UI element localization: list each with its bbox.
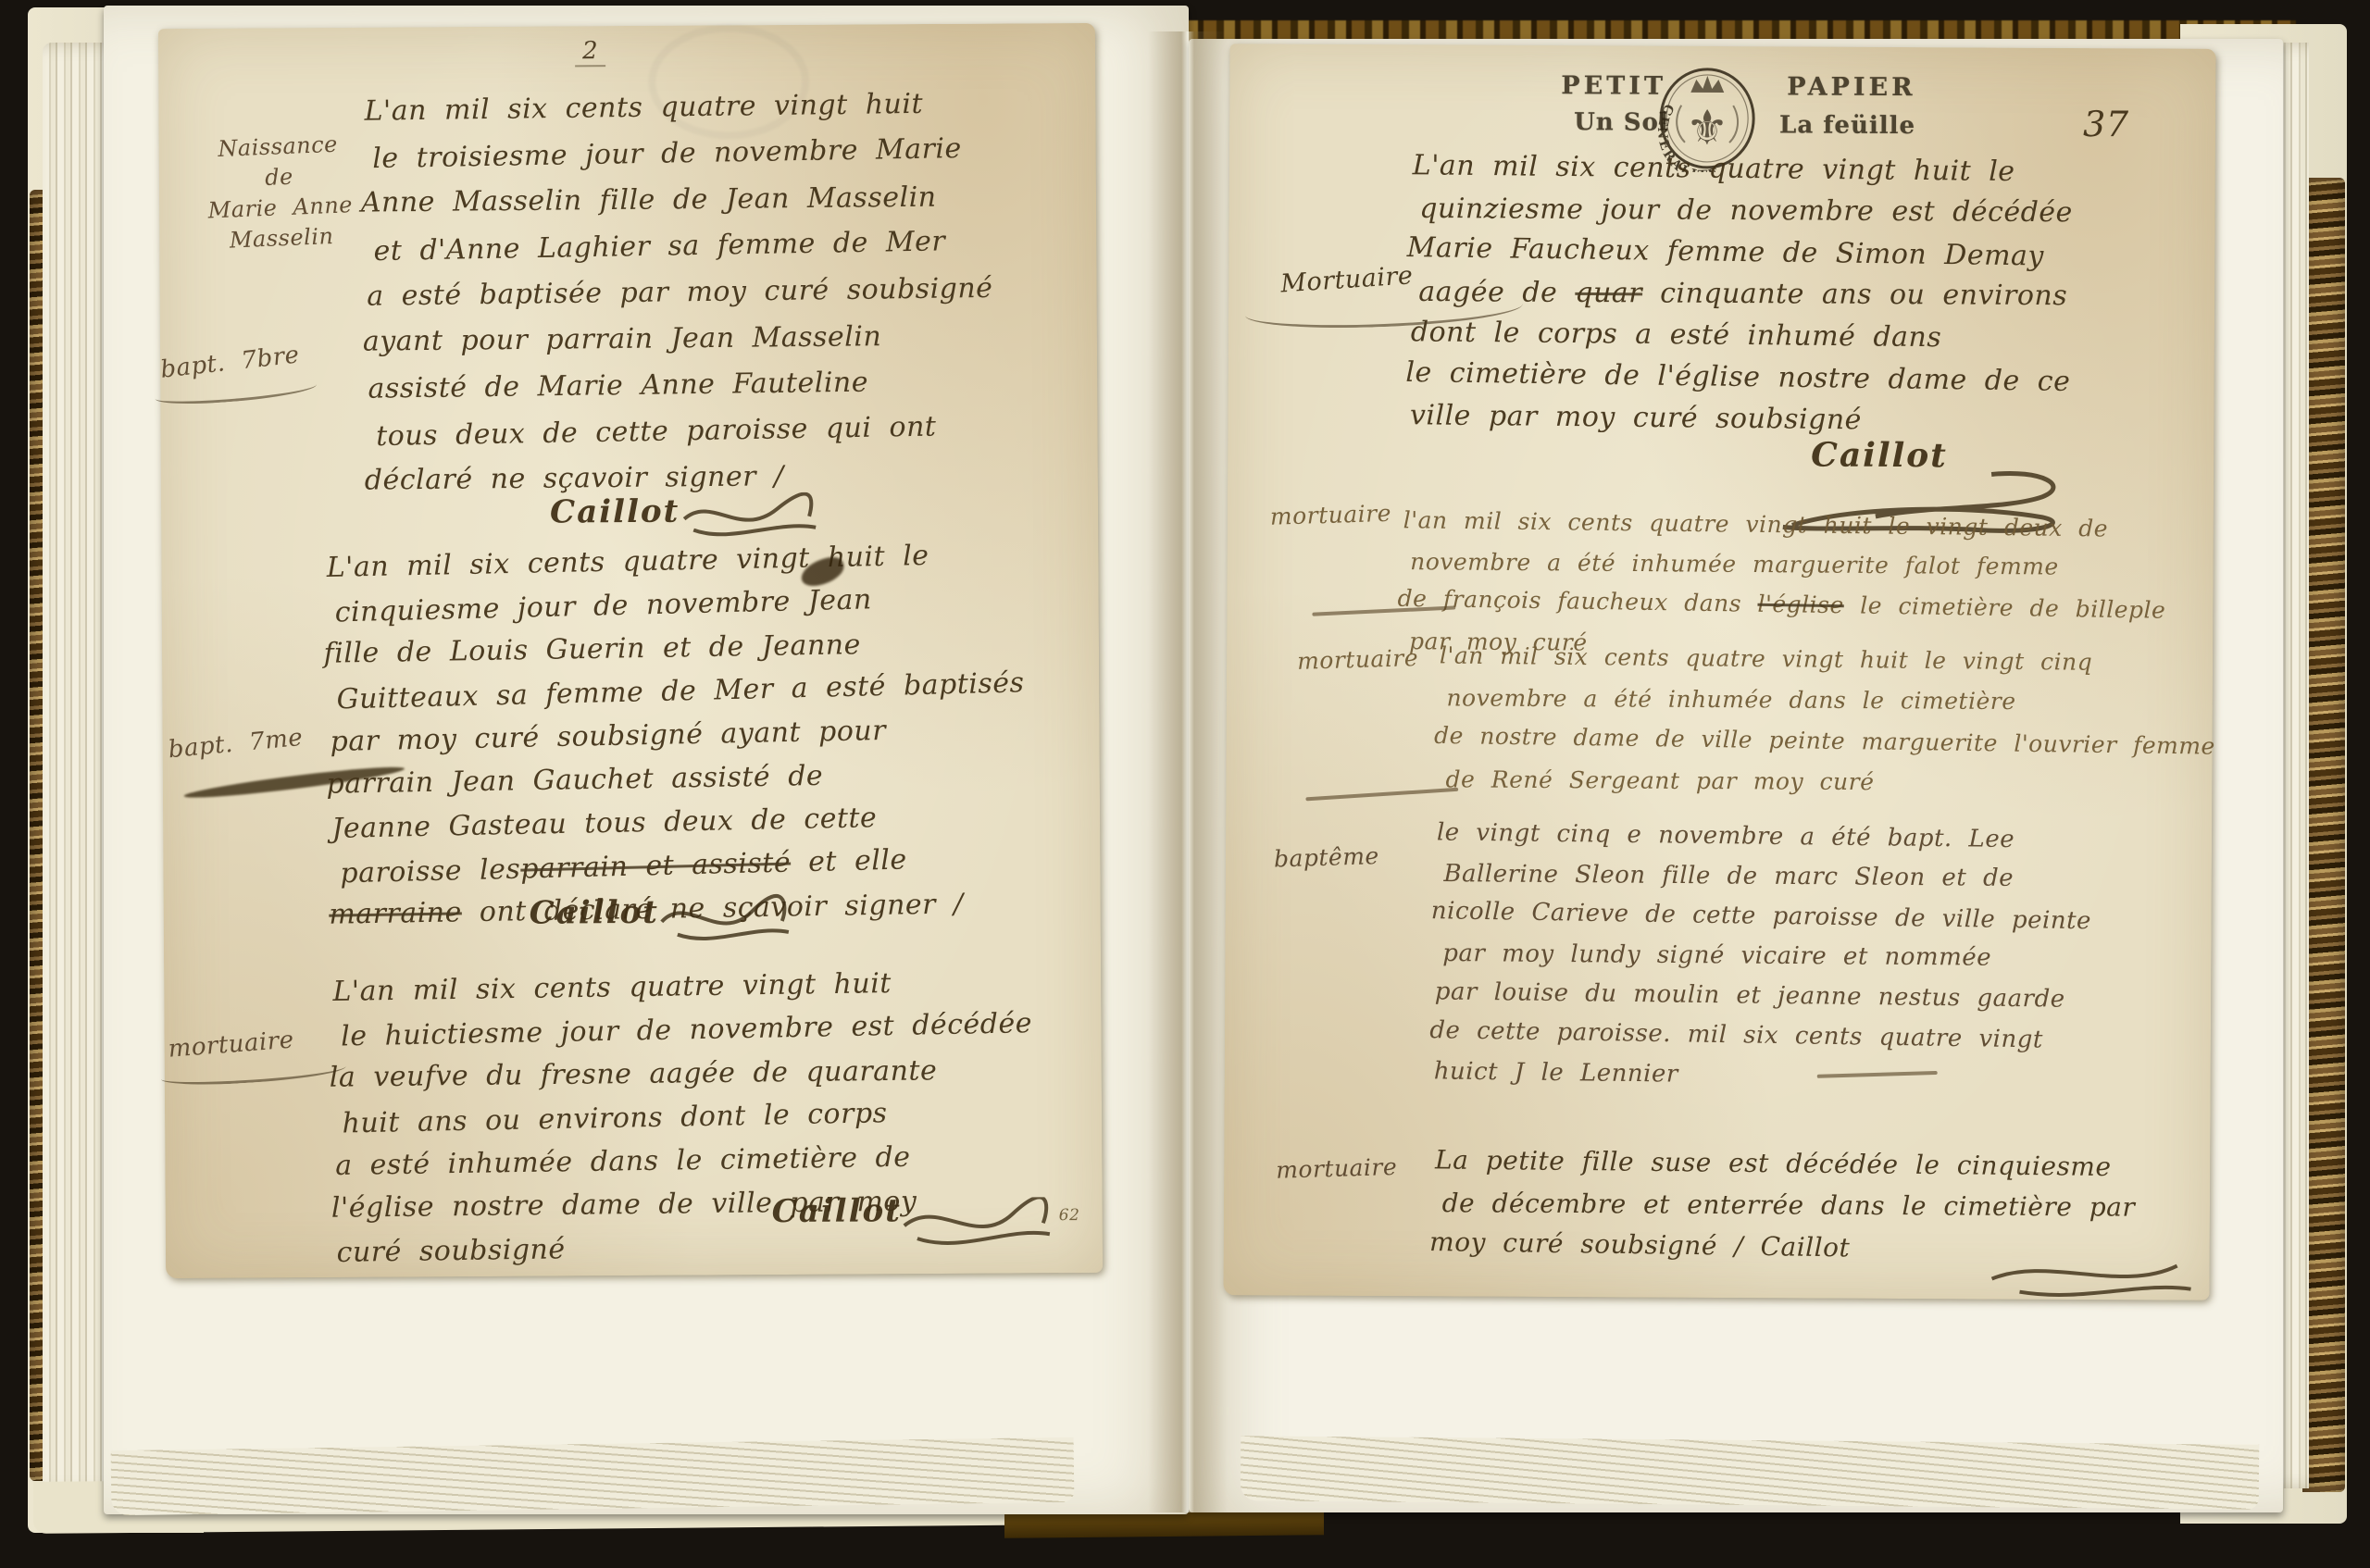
manuscript-line: l'an mil six cents quatre vingt huit le … — [1440, 635, 2221, 684]
text-segment: fille de Louis Guerin et de Jeanne — [323, 628, 861, 670]
text-segment: huit ans ou environs dont le corps — [342, 1097, 888, 1139]
text-segment: de — [265, 164, 294, 191]
margin-dash — [1305, 788, 1458, 802]
text-segment: de décembre et enterrée dans le cimetièr… — [1442, 1188, 2136, 1223]
page-number: 37 — [2083, 104, 2129, 144]
text-segment: tous deux de cette paroisse qui ont — [376, 411, 937, 454]
baptism-record-guerin: L'an mil six cents quatre vingt huit lec… — [326, 532, 1021, 938]
text-segment: le huictiesme jour de novembre est décéd… — [341, 1007, 1032, 1052]
manuscript-line: huict J le Lennier — [1434, 1052, 2095, 1100]
text-segment: novembre a été inhumée dans le cimetière — [1446, 684, 2015, 715]
margin-note-mortuary: mortuaire — [168, 1026, 295, 1065]
text-segment: Masselin — [229, 223, 334, 254]
baptism-record-sleon: le vingt cinq e novembre a été bapt. Lee… — [1434, 813, 2098, 1100]
manuscript-line: ville par moy curé soubsigné — [1410, 394, 2075, 443]
text-segment: cinquiesme jour de novembre Jean — [334, 583, 872, 628]
text-segment: assisté de Marie Anne Fauteline — [368, 367, 868, 405]
manuscript-line: le vingt cinq e novembre a été bapt. Lee — [1437, 813, 2098, 861]
folio-number: 62 — [1059, 1206, 1080, 1225]
manuscript-line: de décembre et enterrée dans le cimetièr… — [1441, 1182, 2135, 1228]
burial-record-louvrier: l'an mil six cents quatre vingt huit le … — [1438, 635, 2221, 806]
priest-signature: Caillot — [550, 493, 680, 531]
text-segment: de cette paroisse. mil six cents quatre … — [1429, 1016, 2043, 1053]
text-segment: huict J le Lennier — [1434, 1057, 1678, 1088]
text-segment: novembre a été inhumée marguerite falot … — [1410, 548, 2059, 580]
right-manuscript-page: PETIT Un Sol PAPIER La feüille ⚜ GENERAL… — [1223, 44, 2215, 1300]
text-segment: le cimetière de billeple — [1844, 591, 2166, 623]
baptism-record-masselin: L'an mil six cents quatre vingt huitle t… — [364, 81, 995, 505]
text-segment: le troisiesme jour de novembre Marie — [372, 132, 962, 175]
text-segment: parrain Jean Gauchet assisté de — [326, 760, 823, 801]
text-segment: L'an mil six cents quatre vingt huit le — [1413, 149, 2015, 188]
margin-note-baptism-2: bapt. 7me — [167, 723, 304, 765]
manuscript-line: La petite fille suse est décédée le cinq… — [1435, 1139, 2128, 1188]
stamp-word-lafeuille: La feüille — [1779, 111, 1915, 140]
book-scan-photo: { "stamp_header": { "word_left_top": "PE… — [0, 0, 2370, 1568]
stamp-word-petit: PETIT — [1561, 71, 1666, 101]
text-segment: L'an mil six cents quatre vingt huit — [364, 88, 923, 128]
text-segment: paroisse les — [340, 853, 521, 890]
text-segment: moy curé soubsigné / Caillot — [1429, 1226, 1850, 1263]
text-segment: Anne Masselin fille de Jean Masselin — [361, 181, 937, 219]
manuscript-line: quinziesme jour de novembre est décédée — [1419, 188, 2084, 233]
text-segment: a esté baptisée par moy curé soubsigné — [367, 272, 993, 313]
margin-note-baptism: baptême — [1273, 840, 1379, 874]
manuscript-line: ayant pour parrain Jean Masselin — [363, 313, 990, 365]
text-segment: déclaré ne sçavoir signer / — [365, 460, 784, 496]
manuscript-line: Anne Masselin fille de Jean Masselin — [361, 174, 988, 226]
manuscript-line: tous deux de cette paroisse qui ont — [376, 403, 1003, 460]
manuscript-line: le troisiesme jour de novembre Marie — [372, 125, 999, 182]
margin-note-mortuary-2: mortuaire — [1269, 498, 1391, 532]
text-segment: par moy lundy signé vicaire et nommée — [1442, 940, 1991, 972]
right-bottom-sheet-edges — [1241, 1436, 2260, 1510]
struck-text: parrain et assisté — [520, 847, 792, 886]
text-segment: nicolle Carieve de cette paroisse de vil… — [1431, 897, 2091, 935]
margin-note-birth: NaissancedeMarie AnneMasselin — [205, 129, 355, 256]
manuscript-line: a esté baptisée par moy curé soubsigné — [367, 266, 993, 320]
signature-flourish — [1982, 1251, 2195, 1302]
priest-signature: Caillot — [530, 894, 659, 932]
text-segment: par moy curé soubsigné ayant pour — [330, 715, 886, 758]
manuscript-line: L'an mil six cents quatre vingt huit le — [1413, 144, 2077, 193]
text-segment: Marie Anne — [207, 192, 353, 223]
manuscript-line: par moy lundy signé vicaire et nommée — [1442, 934, 2102, 979]
text-segment: de nostre dame de ville peinte marguerit… — [1434, 722, 2215, 760]
struck-text: marraine — [329, 896, 462, 930]
manuscript-line: de René Sergeant par moy curé — [1445, 759, 2227, 804]
text-segment: La petite fille suse est décédée le cinq… — [1435, 1144, 2112, 1182]
text-segment: l'an mil six cents quatre vingt huit le … — [1440, 641, 2093, 675]
text-segment: Jeanne Gasteau tous deux de cette — [331, 802, 878, 845]
text-segment: la veufve du fresne aagée de quarante — [330, 1054, 938, 1093]
manuscript-line: Masselin — [208, 220, 355, 256]
text-segment: Naissance — [218, 131, 339, 162]
signature-flourish — [897, 1197, 1054, 1253]
margin-note-mortuary-4: mortuaire — [1276, 1151, 1398, 1186]
text-segment: par louise du moulin et jeanne nestus ga… — [1435, 977, 2065, 1013]
text-segment: Marie Faucheux femme de Simon Demay — [1407, 231, 2045, 273]
text-segment: quinziesme jour de novembre est décédée — [1419, 193, 2073, 229]
book-gutter — [1148, 31, 1228, 1512]
text-segment: le cimetière de l'église nostre dame de … — [1405, 356, 2070, 398]
text-segment: curé soubsigné — [336, 1233, 566, 1269]
manuscript-line: Marie Faucheux femme de Simon Demay — [1407, 227, 2073, 278]
priest-signature: Caillot — [772, 1192, 902, 1230]
text-segment: ville par moy curé soubsigné — [1410, 399, 1862, 436]
text-segment: le vingt cinq e novembre a été bapt. Lee — [1437, 818, 2014, 853]
signature-flourish — [655, 893, 793, 950]
text-segment: a esté inhumée dans le cimetière de — [335, 1141, 911, 1182]
text-segment: L'an mil six cents quatre vingt huit — [332, 967, 892, 1008]
left-manuscript-page: 2 NaissancedeMarie AnneMasselin bapt. 7b… — [158, 23, 1103, 1278]
text-segment: de René Sergeant par moy curé — [1445, 765, 1874, 795]
left-bottom-sheet-edges — [111, 1437, 1075, 1516]
text-segment: de françois faucheux dans — [1397, 585, 1757, 617]
struck-text: l'église — [1757, 591, 1844, 618]
text-segment: dont le corps a esté inhumé dans — [1411, 316, 1942, 354]
margin-note-mortuary-3: mortuaire — [1297, 642, 1419, 677]
text-segment: cinquante ans ou environs — [1642, 277, 2067, 312]
text-segment: ayant pour parrain Jean Masselin — [363, 320, 882, 357]
text-segment: et d'Anne Laghier sa femme de Mer — [373, 225, 945, 268]
struck-text: quar — [1575, 277, 1642, 309]
corner-mark: 2 — [575, 37, 605, 67]
stamp-word-papier: PAPIER — [1787, 72, 1915, 102]
text-segment: Ballerine Sleon fille de marc Sleon et d… — [1443, 860, 2014, 892]
text-segment: et elle — [791, 843, 907, 878]
text-segment: l'an mil six cents quatre vingt huit le … — [1403, 506, 2109, 541]
